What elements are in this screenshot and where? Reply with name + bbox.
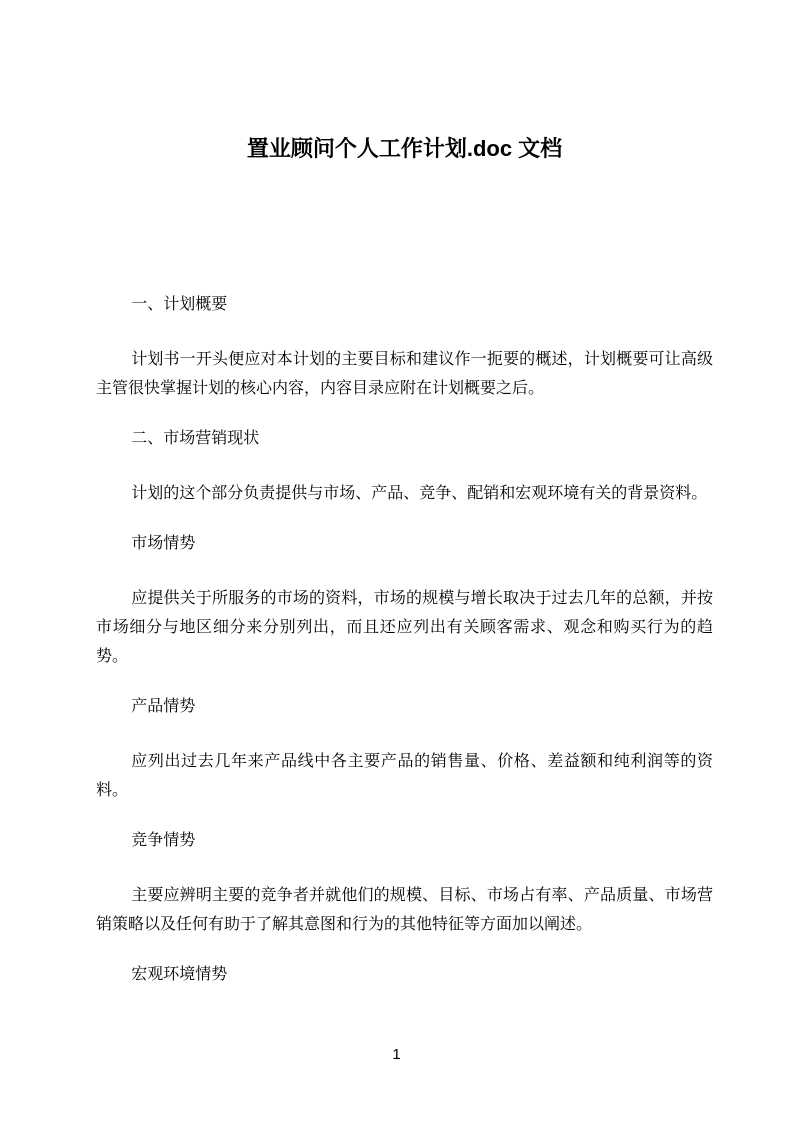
section-heading: 市场情势 <box>96 529 713 558</box>
body-paragraph: 应列出过去几年来产品线中各主要产品的销售量、价格、差益额和纯利润等的资料。 <box>96 747 713 805</box>
section-heading: 二、市场营销现状 <box>96 424 713 453</box>
document-page: 置业顾问个人工作计划.doc 文档 一、计划概要 计划书一开头便应对本计划的主要… <box>0 0 793 1122</box>
document-title: 置业顾问个人工作计划.doc 文档 <box>96 0 713 166</box>
section-heading: 竞争情势 <box>96 826 713 855</box>
body-paragraph: 计划的这个部分负责提供与市场、产品、竞争、配销和宏观环境有关的背景资料。 <box>96 479 713 508</box>
body-paragraph: 计划书一开头便应对本计划的主要目标和建议作一扼要的概述，计划概要可让高级主管很快… <box>96 345 713 403</box>
body-paragraph: 主要应辨明主要的竞争者并就他们的规模、目标、市场占有率、产品质量、市场营销策略以… <box>96 881 713 939</box>
document-content: 置业顾问个人工作计划.doc 文档 一、计划概要 计划书一开头便应对本计划的主要… <box>0 0 793 989</box>
section-heading: 一、计划概要 <box>96 290 713 319</box>
page-number: 1 <box>0 1044 793 1066</box>
body-paragraph: 应提供关于所服务的市场的资料，市场的规模与增长取决于过去几年的总额，并按市场细分… <box>96 584 713 671</box>
section-heading: 宏观环境情势 <box>96 960 713 989</box>
section-heading: 产品情势 <box>96 692 713 721</box>
